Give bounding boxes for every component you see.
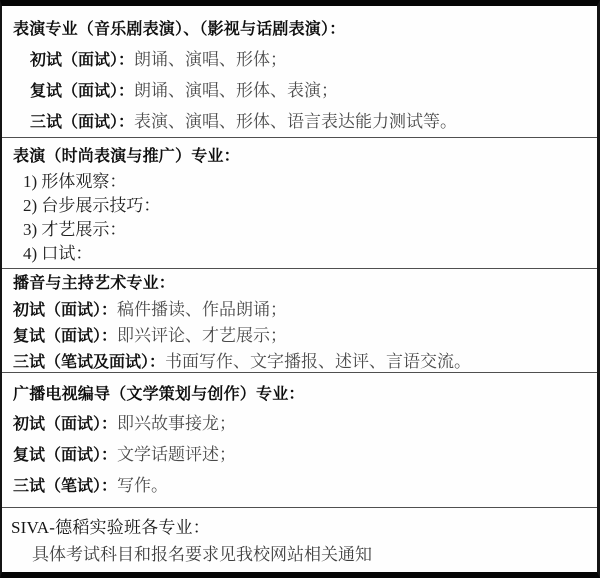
exam-row: 复试（面试）：即兴评论、才艺展示； xyxy=(13,323,591,349)
document-page: 表演专业（音乐剧表演）、（影视与话剧表演）： 初试（面试）：朗诵、演唱、形体； … xyxy=(0,0,600,585)
exam-stage-label: 复试（面试）： xyxy=(13,328,117,345)
exam-row: 初试（面试）：即兴故事接龙； xyxy=(13,409,591,440)
exam-subjects: 即兴故事接龙； xyxy=(117,414,236,433)
exam-item: 2) 台步展示技巧： xyxy=(23,196,160,215)
exam-stage-label: 复试（面试）： xyxy=(13,447,117,464)
exam-item: 3) 才艺展示： xyxy=(23,220,126,239)
exam-subjects: 稿件播读、作品朗诵； xyxy=(117,300,287,319)
exam-stage-label: 三试（笔试）： xyxy=(13,478,117,495)
notice-row: 具体考试科目和报名要求见我校网站相关通知 xyxy=(11,541,591,569)
exam-row: 复试（面试）：朗诵、演唱、形体、表演； xyxy=(13,76,591,107)
exam-row: 三试（笔试）：写作。 xyxy=(13,471,591,502)
exam-stage-label: 复试（面试）： xyxy=(30,83,134,100)
exam-row: 三试（面试）：表演、演唱、形体、语言表达能力测试等。 xyxy=(13,107,591,137)
exam-row: 2) 台步展示技巧： xyxy=(13,194,591,218)
exam-subjects-table: 表演专业（音乐剧表演）、（影视与话剧表演）： 初试（面试）：朗诵、演唱、形体； … xyxy=(0,0,600,578)
section-broadcasting-hosting: 播音与主持艺术专业： 初试（面试）：稿件播读、作品朗诵； 复试（面试）：即兴评论… xyxy=(2,268,597,372)
exam-stage-label: 三试（笔试及面试）： xyxy=(13,354,165,371)
section-heading: 表演专业（音乐剧表演）、（影视与话剧表演）： xyxy=(13,15,591,45)
exam-subjects: 朗诵、演唱、形体、表演； xyxy=(134,81,338,100)
exam-item: 1) 形体观察： xyxy=(23,172,126,191)
notice-text: 具体考试科目和报名要求见我校网站相关通知 xyxy=(32,545,372,564)
exam-subjects: 朗诵、演唱、形体； xyxy=(134,50,287,69)
section-radio-tv-directing: 广播电视编导（文学策划与创作）专业： 初试（面试）：即兴故事接龙； 复试（面试）… xyxy=(2,372,597,507)
section-fashion-performance: 表演（时尚表演与推广）专业： 1) 形体观察： 2) 台步展示技巧： 3) 才艺… xyxy=(2,137,597,268)
exam-row: 4) 口试： xyxy=(13,242,591,266)
exam-row: 初试（面试）：稿件播读、作品朗诵； xyxy=(13,297,591,323)
section-heading: 广播电视编导（文学策划与创作）专业： xyxy=(13,380,591,409)
exam-stage-label: 三试（面试）： xyxy=(30,114,134,131)
exam-row: 初试（面试）：朗诵、演唱、形体； xyxy=(13,45,591,76)
exam-row: 三试（笔试及面试）：书面写作、文字播报、述评、言语交流。 xyxy=(13,349,591,372)
exam-item: 4) 口试： xyxy=(23,244,92,263)
exam-subjects: 书面写作、文字播报、述评、言语交流。 xyxy=(165,352,471,371)
exam-row: 复试（面试）：文学话题评述； xyxy=(13,440,591,471)
section-heading: SIVA-德稻实验班各专业： xyxy=(11,514,591,541)
exam-stage-label: 初试（面试）： xyxy=(30,52,134,69)
exam-stage-label: 初试（面试）： xyxy=(13,302,117,319)
exam-stage-label: 初试（面试）： xyxy=(13,416,117,433)
exam-row: 3) 才艺展示： xyxy=(13,218,591,242)
exam-subjects: 表演、演唱、形体、语言表达能力测试等。 xyxy=(134,112,457,131)
exam-row: 1) 形体观察： xyxy=(13,170,591,194)
exam-subjects: 即兴评论、才艺展示； xyxy=(117,326,287,345)
section-performance-majors: 表演专业（音乐剧表演）、（影视与话剧表演）： 初试（面试）：朗诵、演唱、形体； … xyxy=(2,6,597,137)
section-heading: 表演（时尚表演与推广）专业： xyxy=(13,143,591,170)
exam-subjects: 写作。 xyxy=(117,476,168,495)
section-heading: 播音与主持艺术专业： xyxy=(13,271,591,297)
exam-subjects: 文学话题评述； xyxy=(117,445,236,464)
section-siva-detao: SIVA-德稻实验班各专业： 具体考试科目和报名要求见我校网站相关通知 xyxy=(2,507,597,572)
